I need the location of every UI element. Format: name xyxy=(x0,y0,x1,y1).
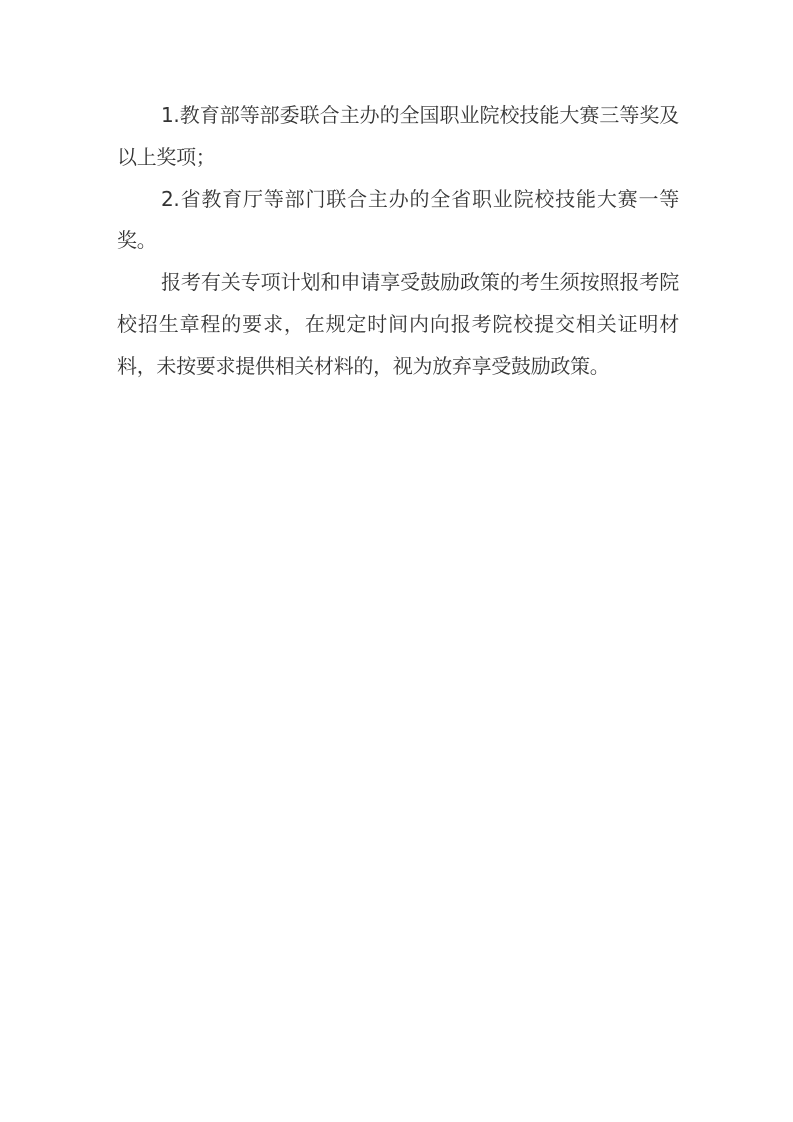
list-item-national-award: 1.教育部等部委联合主办的全国职业院校技能大赛三等奖及以上奖项； xyxy=(117,95,679,179)
paragraph-submission-requirement: 报考有关专项计划和申请享受鼓励政策的考生须按照报考院校招生章程的要求，在规定时间… xyxy=(117,262,679,387)
document-page: 1.教育部等部委联合主办的全国职业院校技能大赛三等奖及以上奖项； 2.省教育厅等… xyxy=(117,95,679,388)
list-item-provincial-award: 2.省教育厅等部门联合主办的全省职业院校技能大赛一等奖。 xyxy=(117,179,679,263)
